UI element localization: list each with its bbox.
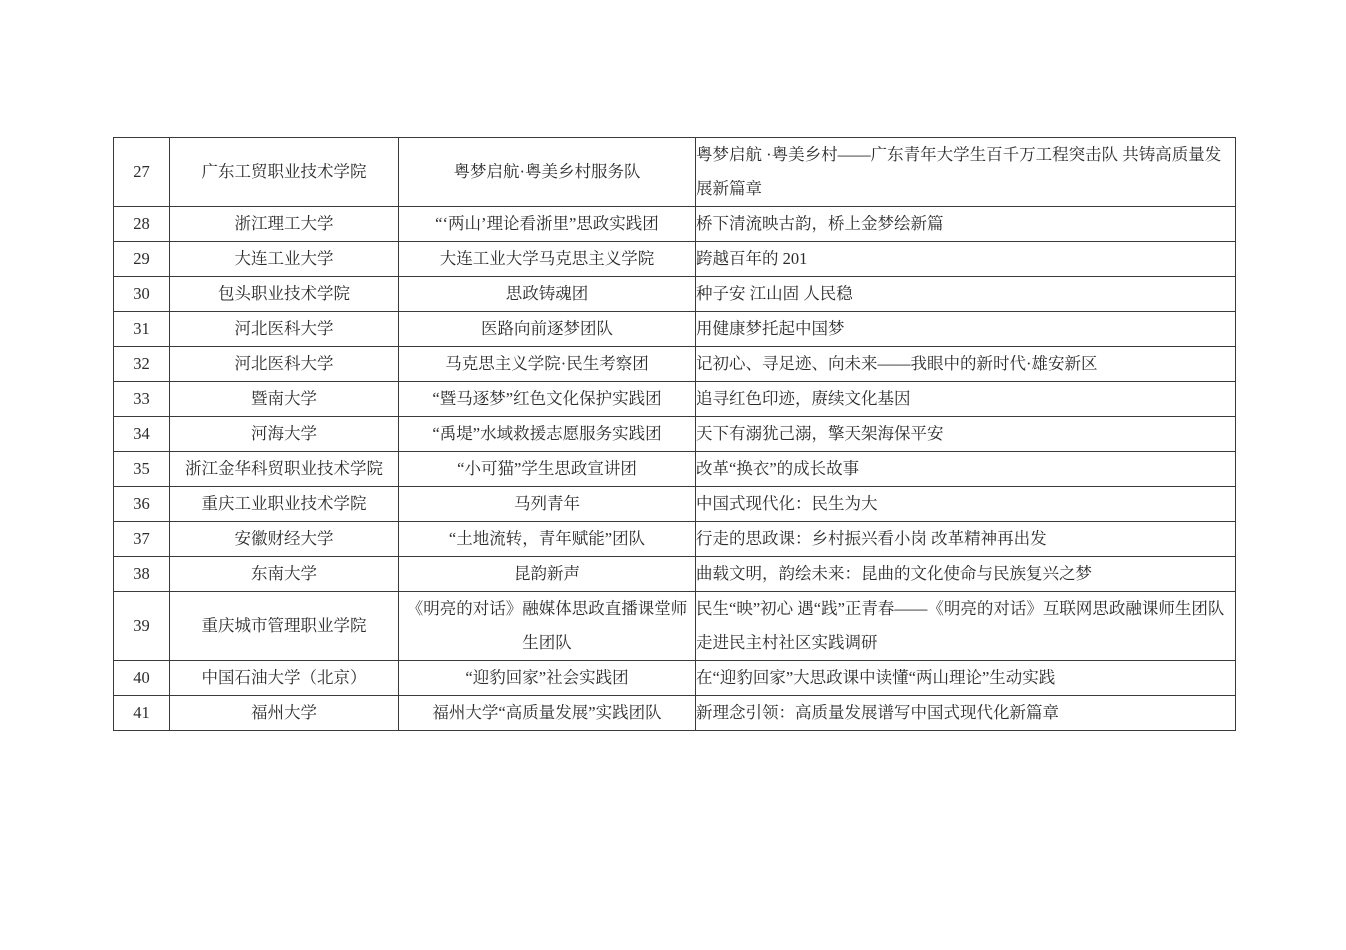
school-cell: 安徽财经大学 bbox=[170, 522, 399, 557]
table-row: 38东南大学昆韵新声曲载文明，韵绘未来：昆曲的文化使命与民族复兴之梦 bbox=[114, 557, 1236, 592]
document-page: 27广东工贸职业技术学院粤梦启航·粤美乡村服务队粤梦启航 ·粤美乡村——广东青年… bbox=[0, 0, 1346, 950]
row-number-cell: 41 bbox=[114, 696, 170, 731]
row-number-cell: 39 bbox=[114, 592, 170, 661]
school-cell: 河北医科大学 bbox=[170, 312, 399, 347]
row-number-cell: 31 bbox=[114, 312, 170, 347]
team-cell: “小可猫”学生思政宣讲团 bbox=[399, 452, 696, 487]
title-cell: 粤梦启航 ·粤美乡村——广东青年大学生百千万工程突击队 共铸高质量发展新篇章 bbox=[696, 138, 1236, 207]
team-cell: “迎豹回家”社会实践团 bbox=[399, 661, 696, 696]
school-cell: 浙江金华科贸职业技术学院 bbox=[170, 452, 399, 487]
school-cell: 暨南大学 bbox=[170, 382, 399, 417]
school-cell: 福州大学 bbox=[170, 696, 399, 731]
team-cell: “土地流转，青年赋能”团队 bbox=[399, 522, 696, 557]
title-cell: 中国式现代化：民生为大 bbox=[696, 487, 1236, 522]
team-cell: 医路向前逐梦团队 bbox=[399, 312, 696, 347]
row-number-cell: 29 bbox=[114, 242, 170, 277]
school-cell: 广东工贸职业技术学院 bbox=[170, 138, 399, 207]
team-cell: “‘两山’理论看浙里”思政实践团 bbox=[399, 207, 696, 242]
team-cell: 思政铸魂团 bbox=[399, 277, 696, 312]
school-cell: 东南大学 bbox=[170, 557, 399, 592]
school-cell: 重庆工业职业技术学院 bbox=[170, 487, 399, 522]
table-row: 29大连工业大学大连工业大学马克思主义学院跨越百年的 201 bbox=[114, 242, 1236, 277]
title-cell: 行走的思政课：乡村振兴看小岗 改革精神再出发 bbox=[696, 522, 1236, 557]
table-row: 27广东工贸职业技术学院粤梦启航·粤美乡村服务队粤梦启航 ·粤美乡村——广东青年… bbox=[114, 138, 1236, 207]
row-number-cell: 33 bbox=[114, 382, 170, 417]
table-row: 28浙江理工大学“‘两山’理论看浙里”思政实践团桥下清流映古韵，桥上金梦绘新篇 bbox=[114, 207, 1236, 242]
title-cell: 在“迎豹回家”大思政课中读懂“两山理论”生动实践 bbox=[696, 661, 1236, 696]
school-cell: 河海大学 bbox=[170, 417, 399, 452]
team-cell: 大连工业大学马克思主义学院 bbox=[399, 242, 696, 277]
table-row: 32河北医科大学马克思主义学院·民生考察团记初心、寻足迹、向未来——我眼中的新时… bbox=[114, 347, 1236, 382]
title-cell: 用健康梦托起中国梦 bbox=[696, 312, 1236, 347]
table-row: 31河北医科大学医路向前逐梦团队用健康梦托起中国梦 bbox=[114, 312, 1236, 347]
table-row: 37安徽财经大学“土地流转，青年赋能”团队行走的思政课：乡村振兴看小岗 改革精神… bbox=[114, 522, 1236, 557]
title-cell: 天下有溺犹己溺，擎天架海保平安 bbox=[696, 417, 1236, 452]
row-number-cell: 30 bbox=[114, 277, 170, 312]
title-cell: 跨越百年的 201 bbox=[696, 242, 1236, 277]
award-table: 27广东工贸职业技术学院粤梦启航·粤美乡村服务队粤梦启航 ·粤美乡村——广东青年… bbox=[113, 137, 1236, 731]
school-cell: 大连工业大学 bbox=[170, 242, 399, 277]
row-number-cell: 32 bbox=[114, 347, 170, 382]
row-number-cell: 40 bbox=[114, 661, 170, 696]
table-body: 27广东工贸职业技术学院粤梦启航·粤美乡村服务队粤梦启航 ·粤美乡村——广东青年… bbox=[114, 138, 1236, 731]
row-number-cell: 34 bbox=[114, 417, 170, 452]
row-number-cell: 35 bbox=[114, 452, 170, 487]
title-cell: 追寻红色印迹，赓续文化基因 bbox=[696, 382, 1236, 417]
table-row: 34河海大学“禹堤”水域救援志愿服务实践团天下有溺犹己溺，擎天架海保平安 bbox=[114, 417, 1236, 452]
school-cell: 河北医科大学 bbox=[170, 347, 399, 382]
team-cell: 粤梦启航·粤美乡村服务队 bbox=[399, 138, 696, 207]
row-number-cell: 27 bbox=[114, 138, 170, 207]
team-cell: “禹堤”水域救援志愿服务实践团 bbox=[399, 417, 696, 452]
table-row: 30包头职业技术学院思政铸魂团种子安 江山固 人民稳 bbox=[114, 277, 1236, 312]
title-cell: 改革“换衣”的成长故事 bbox=[696, 452, 1236, 487]
title-cell: 记初心、寻足迹、向未来——我眼中的新时代·雄安新区 bbox=[696, 347, 1236, 382]
team-cell: 福州大学“高质量发展”实践团队 bbox=[399, 696, 696, 731]
school-cell: 浙江理工大学 bbox=[170, 207, 399, 242]
school-cell: 包头职业技术学院 bbox=[170, 277, 399, 312]
table-row: 41福州大学福州大学“高质量发展”实践团队新理念引领：高质量发展谱写中国式现代化… bbox=[114, 696, 1236, 731]
title-cell: 种子安 江山固 人民稳 bbox=[696, 277, 1236, 312]
title-cell: 桥下清流映古韵，桥上金梦绘新篇 bbox=[696, 207, 1236, 242]
title-cell: 民生“映”初心 遇“践”正青春——《明亮的对话》互联网思政融课师生团队走进民主村… bbox=[696, 592, 1236, 661]
row-number-cell: 38 bbox=[114, 557, 170, 592]
team-cell: 《明亮的对话》融媒体思政直播课堂师生团队 bbox=[399, 592, 696, 661]
team-cell: 昆韵新声 bbox=[399, 557, 696, 592]
row-number-cell: 36 bbox=[114, 487, 170, 522]
school-cell: 重庆城市管理职业学院 bbox=[170, 592, 399, 661]
table-row: 33暨南大学“暨马逐梦”红色文化保护实践团追寻红色印迹，赓续文化基因 bbox=[114, 382, 1236, 417]
table-row: 35浙江金华科贸职业技术学院“小可猫”学生思政宣讲团改革“换衣”的成长故事 bbox=[114, 452, 1236, 487]
title-cell: 新理念引领：高质量发展谱写中国式现代化新篇章 bbox=[696, 696, 1236, 731]
table-row: 39重庆城市管理职业学院《明亮的对话》融媒体思政直播课堂师生团队民生“映”初心 … bbox=[114, 592, 1236, 661]
title-cell: 曲载文明，韵绘未来：昆曲的文化使命与民族复兴之梦 bbox=[696, 557, 1236, 592]
team-cell: 马列青年 bbox=[399, 487, 696, 522]
table-row: 36重庆工业职业技术学院马列青年中国式现代化：民生为大 bbox=[114, 487, 1236, 522]
row-number-cell: 28 bbox=[114, 207, 170, 242]
table-row: 40中国石油大学（北京）“迎豹回家”社会实践团在“迎豹回家”大思政课中读懂“两山… bbox=[114, 661, 1236, 696]
team-cell: 马克思主义学院·民生考察团 bbox=[399, 347, 696, 382]
team-cell: “暨马逐梦”红色文化保护实践团 bbox=[399, 382, 696, 417]
school-cell: 中国石油大学（北京） bbox=[170, 661, 399, 696]
row-number-cell: 37 bbox=[114, 522, 170, 557]
